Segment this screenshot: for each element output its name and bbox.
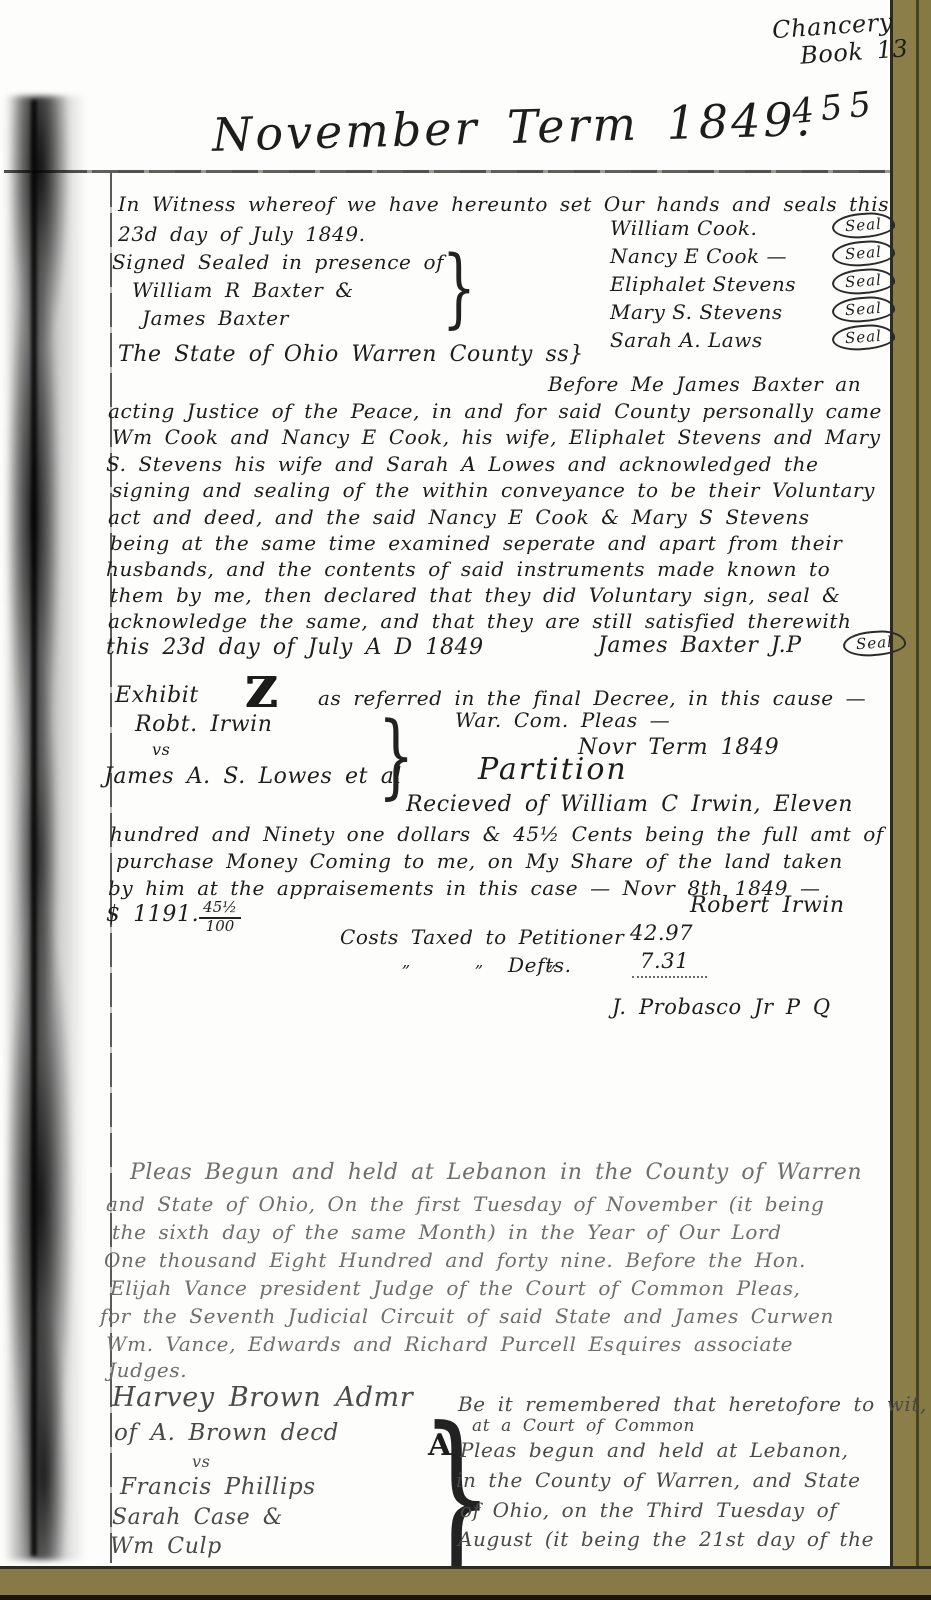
ack-venue: The State of Ohio Warren County ss} (118, 342, 584, 367)
signature-name: Sarah A. Laws (610, 328, 763, 352)
case2-body-line: of Ohio, on the Third Tuesday of (460, 1498, 837, 1522)
ack-line: Wm Cook and Nancy E Cook, his wife, Elip… (112, 425, 881, 449)
witness-name-2: James Baxter (142, 306, 289, 330)
ack-line: Before Me James Baxter an (548, 372, 861, 396)
case2-party-line: of A. Brown decd (114, 1420, 339, 1446)
costs-row2-label: Defts. (508, 953, 572, 977)
costs-row1-label: Costs Taxed to Petitioner (340, 925, 624, 949)
fraction-numerator: 45½ (199, 900, 241, 919)
case2-party-line: Wm Culp (110, 1534, 222, 1559)
case2-party-line: Sarah Case & (112, 1505, 283, 1530)
costs-row2-amount: 7.31 (632, 949, 707, 978)
court-opening-line: for the Seventh Judicial Circuit of said… (100, 1304, 834, 1328)
case2-body-line: Pleas begun and held at Lebanon, (460, 1438, 849, 1462)
ack-line: them by me, then declared that they did … (110, 583, 841, 607)
page-border-bottom (0, 1566, 931, 1600)
case1-court: War. Com. Pleas — (455, 708, 670, 732)
witness-name-1: William R Baxter & (132, 278, 354, 302)
receipt-signer: Robert Irwin (690, 893, 845, 918)
ack-line: acting Justice of the Peace, in and for … (108, 399, 882, 423)
case1-case-type: Partition (478, 752, 628, 787)
signature-name: Nancy E Cook — (610, 244, 787, 268)
witness-line-1: In Witness whereof we have hereunto set … (118, 192, 889, 216)
court-opening-line: Wm. Vance, Edwards and Richard Purcell E… (106, 1332, 793, 1356)
seal-badge: Seal (831, 211, 895, 240)
ack-line: signing and sealing of the within convey… (112, 478, 875, 502)
receipt-line: hundred and Ninety one dollars & 45½ Cen… (110, 822, 884, 846)
receipt-line: purchase Money Coming to me, on My Share… (116, 849, 843, 873)
case2-vs: vs (192, 1452, 210, 1471)
signature-row: Sarah A. Laws Seal (610, 328, 910, 356)
court-opening-line: Judges. (108, 1358, 187, 1382)
case2-body-line: Be it remembered that heretofore to wit, (458, 1392, 927, 1416)
court-opening-line: Pleas Begun and held at Lebanon in the C… (130, 1160, 862, 1185)
presence-brace-flourish: } (442, 238, 476, 338)
case2-margin-letter: A (428, 1428, 452, 1463)
costs-row1-value: 42.97 (630, 921, 693, 945)
witness-line-3: Signed Sealed in presence of (112, 250, 444, 274)
ack-officer-signature: James Baxter J.P (598, 633, 802, 658)
case2-body-line: in the County of Warren, and State (456, 1468, 861, 1492)
seal-badge: Seal (831, 323, 895, 352)
case2-body-line: August (it being the 21st day of the (458, 1527, 874, 1551)
signature-name: Eliphalet Stevens (610, 272, 796, 296)
receipt-amount: $ 1191.45½100 (106, 900, 241, 935)
court-opening-line: One thousand Eight Hundred and forty nin… (104, 1248, 806, 1272)
seal-badge: Seal (831, 239, 895, 268)
scanned-document-page: Chancery Book 13 455 November Term 1849.… (0, 0, 931, 1600)
case2-body-line: at a Court of Common (472, 1416, 695, 1436)
case1-plaintiff: Robt. Irwin (135, 712, 273, 737)
case1-vs: vs (152, 740, 170, 759)
fraction-denominator: 100 (199, 919, 241, 935)
binding-shadow-core (31, 100, 37, 1556)
seal-badge: Seal (831, 267, 895, 296)
exhibit-letter: Z (246, 668, 277, 717)
ack-date-line: this 23d day of July A D 1849 (106, 635, 484, 660)
ack-line: S. Stevens his wife and Sarah A Lowes an… (106, 452, 819, 476)
witness-line-2: 23d day of July 1849. (118, 222, 366, 246)
ack-line: husbands, and the contents of said instr… (106, 557, 830, 581)
case2-party-line: Harvey Brown Admr (112, 1382, 413, 1413)
court-opening-line: Elijah Vance president Judge of the Cour… (110, 1276, 801, 1300)
ack-line: acknowledge the same, and that they are … (108, 609, 852, 633)
receipt-amount-fraction: 45½100 (199, 900, 241, 935)
receipt-line: Recieved of William C Irwin, Eleven (406, 792, 853, 817)
court-opening-line: the sixth day of the same Month) in the … (112, 1220, 782, 1244)
title-underline-rule (4, 170, 892, 173)
binding-shadow-artifact (0, 96, 100, 1560)
term-title: November Term 1849. (211, 92, 814, 162)
receipt-amount-prefix: $ 1191. (106, 902, 199, 927)
case2-party-line: Francis Phillips (120, 1474, 316, 1500)
signature-name: William Cook. (610, 216, 757, 240)
costs-row2-value: 7.31 (632, 949, 707, 973)
ack-line: being at the same time examined seperate… (110, 531, 842, 555)
case1-defendant: James A. S. Lowes et al (104, 764, 402, 789)
exhibit-word: Exhibit (115, 683, 199, 708)
signature-name: Mary S. Stevens (610, 300, 783, 324)
seal-badge: Seal (831, 295, 895, 324)
ack-line: act and deed, and the said Nancy E Cook … (108, 505, 810, 529)
court-opening-line: and State of Ohio, On the first Tuesday … (106, 1192, 824, 1216)
clerk-signature-note: J. Probasco Jr P Q (612, 995, 831, 1019)
